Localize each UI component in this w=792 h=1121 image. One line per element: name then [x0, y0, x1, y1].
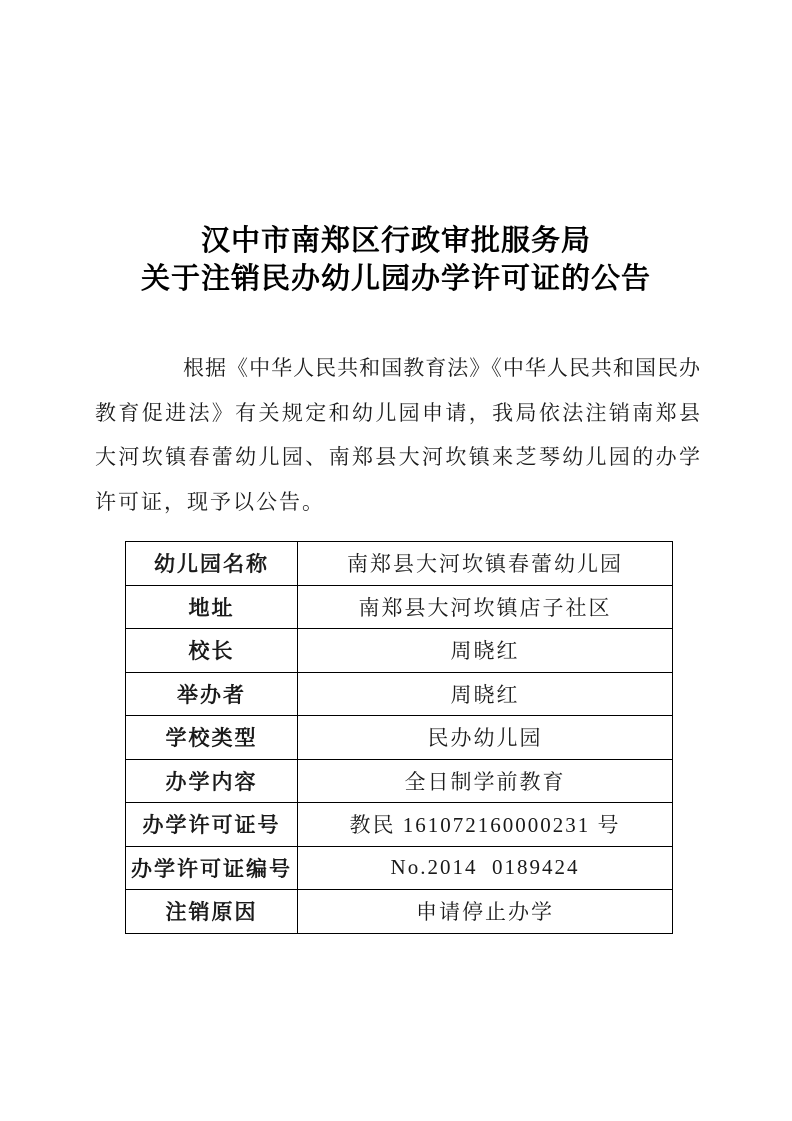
title-line-1: 汉中市南郑区行政审批服务局 — [0, 222, 792, 260]
row-label: 校长 — [126, 629, 298, 673]
table-row-license-serial: 办学许可证编号 No.2014 0189424 — [126, 846, 673, 890]
row-label: 办学许可证编号 — [126, 846, 298, 890]
row-value: 申请停止办学 — [298, 890, 673, 934]
table-row-kindergarten-name: 幼儿园名称 南郑县大河坎镇春蕾幼儿园 — [126, 542, 673, 586]
title-line-2: 关于注销民办幼儿园办学许可证的公告 — [0, 260, 792, 298]
row-value: 民办幼儿园 — [298, 716, 673, 760]
kindergarten-info-table: 幼儿园名称 南郑县大河坎镇春蕾幼儿园 地址 南郑县大河坎镇店子社区 校长 周晓红… — [125, 541, 673, 934]
table-row-cancellation-reason: 注销原因 申请停止办学 — [126, 890, 673, 934]
row-label: 学校类型 — [126, 716, 298, 760]
table-row-education-content: 办学内容 全日制学前教育 — [126, 759, 673, 803]
row-label: 幼儿园名称 — [126, 542, 298, 586]
row-value: 全日制学前教育 — [298, 759, 673, 803]
kindergarten-info-table-body: 幼儿园名称 南郑县大河坎镇春蕾幼儿园 地址 南郑县大河坎镇店子社区 校长 周晓红… — [126, 542, 673, 934]
table-row-principal: 校长 周晓红 — [126, 629, 673, 673]
row-label: 注销原因 — [126, 890, 298, 934]
row-value: 周晓红 — [298, 672, 673, 716]
document-page: 汉中市南郑区行政审批服务局 关于注销民办幼儿园办学许可证的公告 根据《中华人民共… — [0, 0, 792, 1121]
row-label: 办学内容 — [126, 759, 298, 803]
row-label: 举办者 — [126, 672, 298, 716]
paragraph-line-3: 大河坎镇春蕾幼儿园、南郑县大河坎镇来芝琴幼儿园的办学 — [95, 435, 700, 480]
row-value: No.2014 0189424 — [298, 846, 673, 890]
row-label: 地址 — [126, 585, 298, 629]
row-value: 南郑县大河坎镇店子社区 — [298, 585, 673, 629]
document-title: 汉中市南郑区行政审批服务局 关于注销民办幼儿园办学许可证的公告 — [0, 222, 792, 298]
row-value: 教民 161072160000231 号 — [298, 803, 673, 847]
announcement-paragraph: 根据《中华人民共和国教育法》《中华人民共和国民办 教育促进法》有关规定和幼儿园申… — [95, 346, 700, 524]
paragraph-line-4: 许可证，现予以公告。 — [95, 480, 700, 525]
row-value: 南郑县大河坎镇春蕾幼儿园 — [298, 542, 673, 586]
table-row-school-type: 学校类型 民办幼儿园 — [126, 716, 673, 760]
paragraph-line-1: 根据《中华人民共和国教育法》《中华人民共和国民办 — [95, 346, 700, 391]
table-row-license-number: 办学许可证号 教民 161072160000231 号 — [126, 803, 673, 847]
table-row-address: 地址 南郑县大河坎镇店子社区 — [126, 585, 673, 629]
row-value: 周晓红 — [298, 629, 673, 673]
row-label: 办学许可证号 — [126, 803, 298, 847]
table-row-organizer: 举办者 周晓红 — [126, 672, 673, 716]
paragraph-line-2: 教育促进法》有关规定和幼儿园申请，我局依法注销南郑县 — [95, 391, 700, 436]
